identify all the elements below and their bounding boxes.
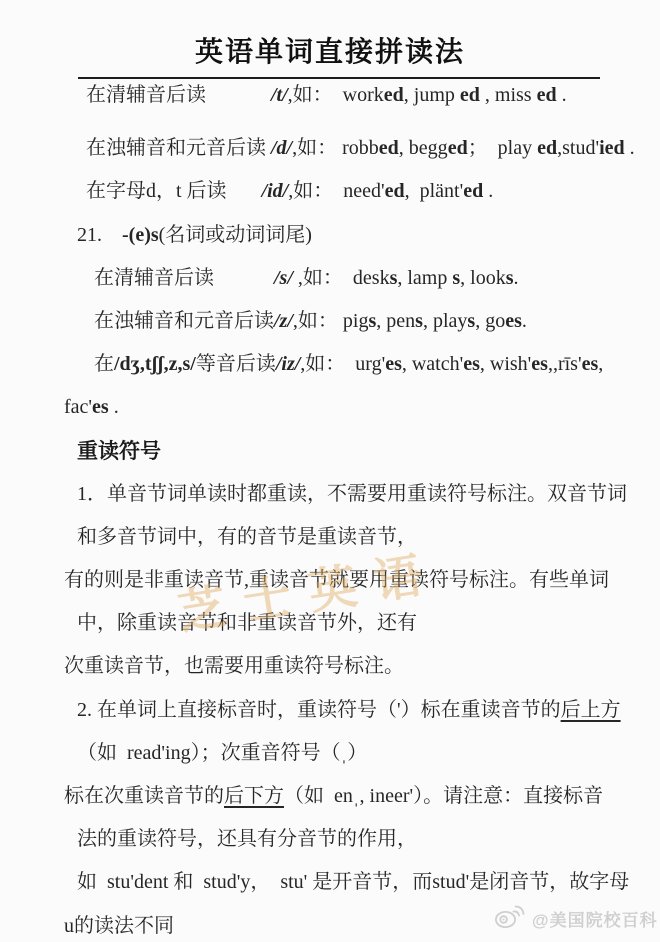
document-body: 在清辅音后读 /t/,如： worked, jump ed , miss ed … — [0, 74, 654, 942]
text-segment: s — [506, 267, 514, 289]
text-segment: ； play — [468, 137, 537, 159]
text-segment: . — [109, 396, 119, 418]
text-segment: es — [92, 396, 109, 418]
text-segment: 中，除重读音节和非重读音节外，还有 — [77, 612, 417, 634]
text-segment: ,如： need' — [288, 180, 384, 202]
text-segment: 重读符号 — [77, 439, 161, 463]
text-segment: ,,rīs' — [548, 353, 582, 375]
rule-line-iz: 在/dʒ,tʃʃ,z,s/等音后读/iz/,如： urg'es, watch'e… — [0, 343, 654, 386]
weibo-logo-icon — [494, 902, 525, 934]
text-segment: s — [452, 267, 460, 289]
text-segment: . — [483, 180, 493, 202]
text-segment: , wish' — [480, 353, 531, 375]
text-segment: 后上方 — [561, 699, 621, 721]
para2-line1: 2. 在单词上直接标音时，重读符号（'）标在重读音节的后上方 — [0, 689, 654, 732]
rule-line-s: 在清辅音后读 /s/ ,如： desks, lamp s, looks. — [0, 257, 654, 300]
text-segment: ,如： pig — [293, 310, 369, 332]
para2-line3: 标在次重读音节的后下方（如 enˌ, ineer'）。请注意：直接标音 — [0, 775, 654, 818]
text-segment: 在清辅音后读 — [94, 267, 274, 289]
text-segment: (名词或动词词尾) — [159, 224, 312, 246]
document-page: 英语单词直接拼读法 在清辅音后读 /t/,如： worked, jump ed … — [0, 0, 660, 942]
text-segment: 在字母d，t 后读 — [86, 180, 262, 202]
text-segment: es — [463, 353, 480, 375]
para1-line1: 1．单音节词单读时都重读，不需要用重读符号标注。双音节词 — [0, 473, 654, 516]
text-segment: 次重读音节，也需要用重读符号标注。 — [64, 655, 404, 677]
text-segment: ed — [460, 84, 480, 106]
text-segment: , — [598, 353, 603, 375]
text-segment: ,如： urg' — [300, 353, 385, 375]
rule-line-z: 在浊辅音和元音后读/z/,如： pigs, pens, plays, goes. — [0, 300, 654, 343]
text-segment: . — [522, 310, 527, 332]
text-segment: /iz/ — [276, 353, 300, 375]
text-segment: ,如： work — [288, 84, 384, 106]
section-21-heading: 21. -(e)s(名词或动词词尾) — [0, 214, 654, 257]
social-watermark-text: @美国院校百科 — [532, 906, 658, 931]
text-segment: ,stud' — [557, 137, 599, 159]
text-segment: （如 enˌ, ineer'）。请注意：直接标音 — [284, 785, 603, 807]
stress-mark-heading: 重读符号 — [0, 430, 654, 473]
text-segment: , pen — [376, 310, 415, 332]
text-segment: , play — [423, 310, 467, 332]
text-segment: （如 read'ing）；次重音符号（ˌ） — [77, 742, 367, 764]
text-segment: fac' — [64, 396, 92, 418]
text-segment: s — [415, 310, 423, 332]
text-segment: es — [385, 353, 402, 375]
para2-line4: 法的重读符号，还具有分音节的作用， — [0, 818, 654, 861]
text-segment: ,如： desk — [293, 267, 390, 289]
para2-line2: （如 read'ing）；次重音符号（ˌ） — [0, 732, 654, 775]
text-segment: 有的则是非重读音节,重读音节就要用重读符号标注。有些单词 — [64, 569, 609, 591]
para1-line5: 次重读音节，也需要用重读符号标注。 — [0, 645, 654, 688]
rule-line-iz-cont: fac'es . — [0, 386, 654, 429]
text-segment: 在清辅音后读 — [86, 84, 271, 106]
text-segment: 在浊辅音和元音后读 — [94, 310, 274, 332]
text-segment: /t/ — [271, 84, 288, 106]
para1-line4: 中，除重读音节和非重读音节外，还有 — [0, 602, 654, 645]
text-segment: , miss — [480, 84, 537, 106]
text-segment: 21. — [77, 224, 122, 246]
text-segment: . — [514, 267, 519, 289]
text-segment: 法的重读符号，还具有分音节的作用， — [77, 828, 417, 850]
text-segment: /d/ — [271, 137, 292, 159]
text-segment: , plänt' — [405, 180, 464, 202]
text-segment: , jump — [404, 84, 460, 106]
text-segment: . — [557, 84, 567, 106]
text-segment: ed — [537, 137, 557, 159]
text-segment: /dʒ,tʃʃ,z,s/ — [114, 353, 196, 375]
text-segment: 等音后读 — [196, 353, 276, 375]
text-segment: -(e)s — [122, 224, 159, 246]
text-segment: 在 — [94, 353, 114, 375]
text-segment: es — [505, 310, 522, 332]
para1-line2: 和多音节词中，有的音节是重读音节， — [0, 516, 654, 559]
text-segment: ed — [463, 180, 483, 202]
text-segment: /s/ — [274, 267, 293, 289]
text-segment: 1．单音节词单读时都重读，不需要用重读符号标注。双音节词 — [77, 483, 627, 505]
text-segment: ed — [448, 137, 468, 159]
para1-line3: 有的则是非重读音节,重读音节就要用重读符号标注。有些单词 — [0, 559, 654, 602]
text-segment: , look — [460, 267, 506, 289]
text-segment: ,如： robb — [292, 137, 379, 159]
text-segment: ed — [379, 137, 399, 159]
rule-line-d: 在浊辅音和元音后读 /d/,如： robbed, begged； play ed… — [0, 127, 654, 170]
text-segment: , begg — [399, 137, 448, 159]
para2-line5: 如 stu'dent 和 stud'y， stu' 是开音节，而stud'是闭音… — [0, 861, 654, 904]
page-title: 英语单词直接拼读法 — [0, 30, 660, 70]
text-segment: ed — [384, 84, 404, 106]
text-segment: 后下方 — [224, 785, 284, 807]
text-segment: 标在次重读音节的 — [64, 785, 224, 807]
text-segment: u的读法不同 — [64, 915, 174, 937]
text-segment: . — [625, 137, 635, 159]
text-segment: 和多音节词中，有的音节是重读音节， — [77, 526, 417, 548]
rule-line-id: 在字母d，t 后读 /id/,如： need'ed, plänt'ed . — [0, 170, 654, 213]
text-segment: ed — [537, 84, 557, 106]
text-segment: , watch' — [402, 353, 463, 375]
rule-line-t: 在清辅音后读 /t/,如： worked, jump ed , miss ed … — [0, 74, 654, 117]
text-segment: 2. 在单词上直接标音时，重读符号（'）标在重读音节的 — [77, 699, 561, 721]
text-segment: /z/ — [274, 310, 293, 332]
text-segment: , lamp — [397, 267, 452, 289]
text-segment: ed — [385, 180, 405, 202]
text-segment: , go — [475, 310, 505, 332]
text-segment: 如 stu'dent 和 stud'y， stu' 是开音节，而stud'是闭音… — [77, 871, 629, 893]
text-segment: 在浊辅音和元音后读 — [86, 137, 271, 159]
social-watermark: @美国院校百科 — [494, 902, 658, 934]
text-segment: /id/ — [262, 180, 289, 202]
text-segment: es — [582, 353, 599, 375]
text-segment: ied — [599, 137, 625, 159]
text-segment: es — [531, 353, 548, 375]
